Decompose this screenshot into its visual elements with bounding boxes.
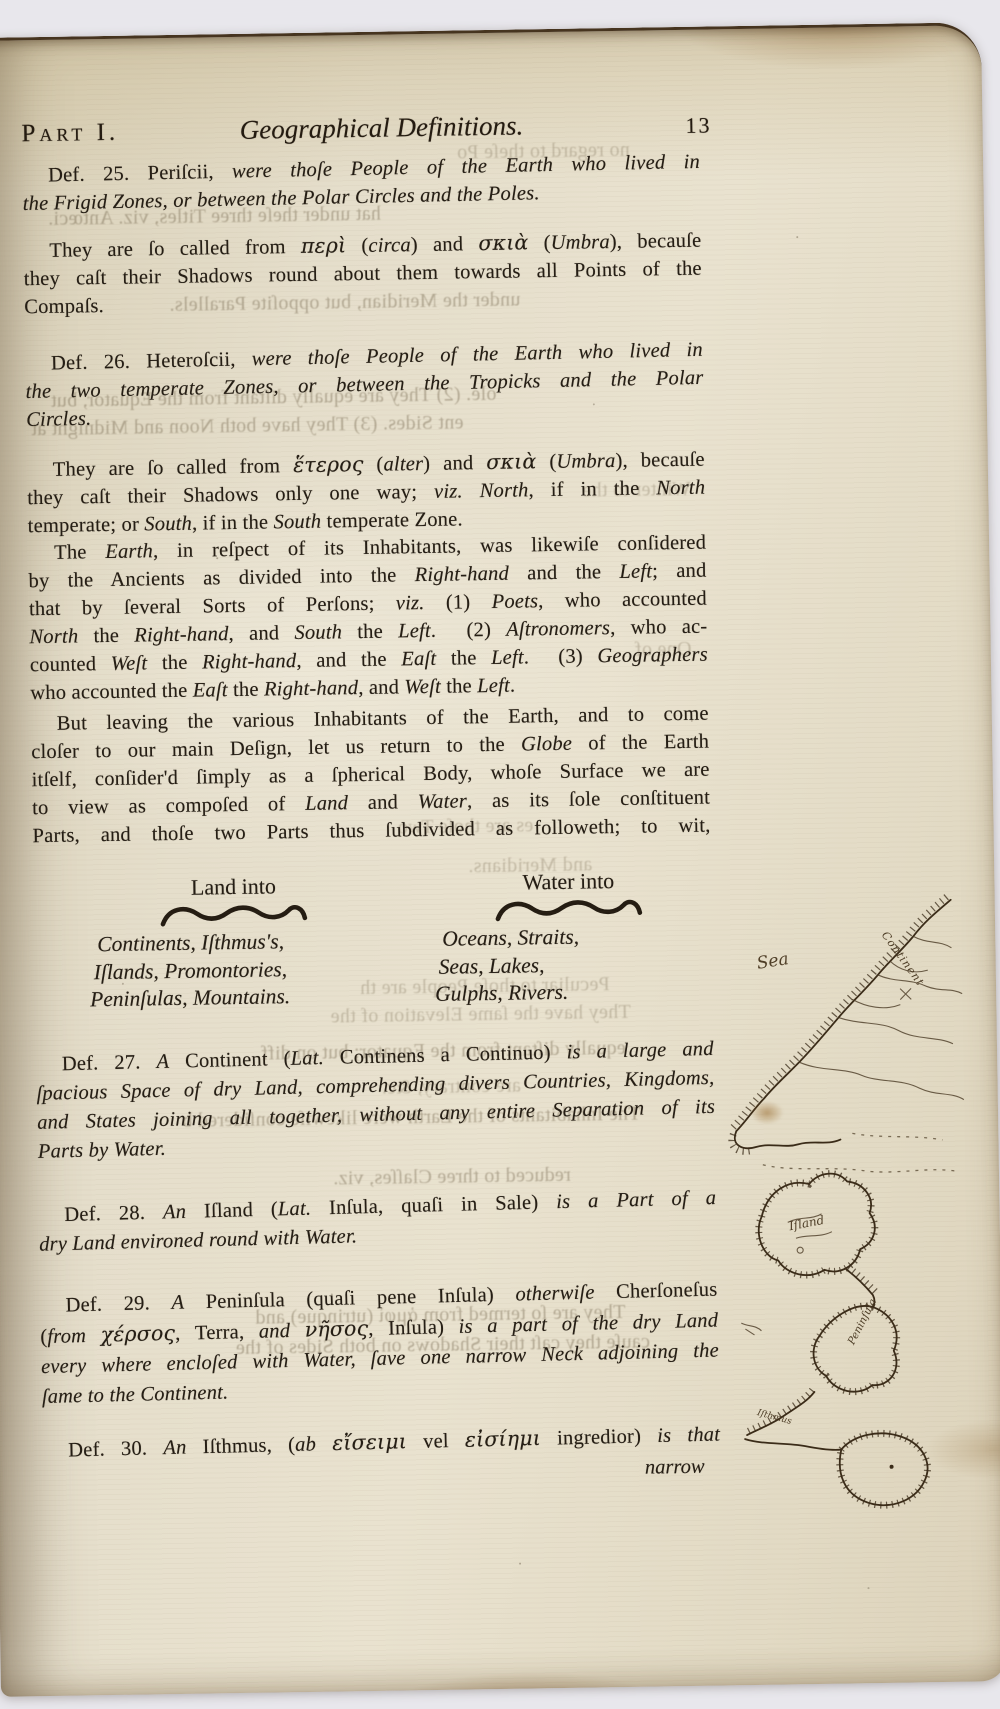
periscii-paragraph: They are ſo called from περὶ (circa) and…	[23, 226, 702, 322]
brace-squiggle-icon	[159, 902, 309, 928]
land-item: Peninſulas, Mountains.	[90, 982, 380, 1014]
definition-29: Def. 29. A Peninſula (quaſi pene Inſula)…	[39, 1275, 720, 1413]
isthmus-strip-hatching	[744, 1390, 813, 1433]
ghost-text: reduced to three Claſſes, viz.	[333, 1162, 571, 1192]
left-hook-mark	[741, 1323, 761, 1335]
heteroscii-paragraph: They are ſo called from ἕτερος (alter) a…	[27, 445, 706, 541]
book-page: no regard to theſe Po hat under theſe th…	[0, 22, 1000, 1697]
definition-25: Def. 25. Periſcii, were thoſe People of …	[22, 148, 701, 218]
cross-mark	[900, 988, 911, 999]
isthmus-dot	[890, 1465, 894, 1469]
sea-label: Sea	[755, 949, 790, 974]
water-column: Water into Oceans, Straits, Seas, Lakes,…	[423, 866, 715, 1009]
inland-lines	[797, 936, 964, 1103]
isthmus-strip	[744, 1392, 841, 1452]
definition-26: Def. 26. Heteroſcii, were thoſe People o…	[25, 336, 705, 434]
book-photo: no regard to theſe Po hat under theſe th…	[0, 0, 1000, 1709]
definition-28: Def. 28. An Iſland (Lat. Inſula, quaſi i…	[38, 1184, 717, 1260]
continent-sketch: Sea Continent	[728, 897, 965, 1176]
lower-coastline	[735, 1130, 841, 1149]
running-title: Geographical Definitions.	[181, 109, 581, 146]
land-header: Land into	[88, 871, 378, 904]
peninsula-coastline	[813, 1306, 898, 1393]
part-label: Part I.	[21, 119, 119, 149]
brace-squiggle-icon	[494, 897, 644, 923]
island-sketch: Iſland	[758, 1173, 876, 1276]
continent-coastline	[733, 900, 955, 1131]
peninsula-hatching	[813, 1306, 898, 1393]
isthmus-label: Iſthmus	[755, 1408, 793, 1427]
definition-27: Def. 27. A Continent (Lat. Continens a C…	[36, 1035, 717, 1167]
isthmus-blob-coastline	[839, 1433, 928, 1506]
island-dot	[797, 1247, 803, 1253]
page-number: 13	[685, 112, 711, 138]
continent-label: Continent	[879, 929, 927, 989]
earth-inhabitants-paragraph: The Earth, in reſpect of its Inhabitants…	[28, 529, 709, 708]
land-column: Land into Continents, Iſthmus's, Iſlands…	[88, 871, 380, 1014]
margin-sketches: Sea Continent Iſland Peninſula	[698, 873, 989, 1567]
neck-hatching	[848, 1267, 876, 1293]
peninsula-sketch: Peninſula	[740, 1267, 897, 1394]
isthmus-sketch: Iſthmus	[744, 1388, 928, 1507]
water-item: Gulphs, Rivers.	[425, 976, 715, 1008]
water-header: Water into	[423, 866, 713, 899]
peninsula-label: Peninſula	[845, 1297, 879, 1348]
bleedthrough-layer: no regard to theſe Po hat under theſe th…	[0, 25, 981, 41]
globe-paragraph: But leaving the various Inhabitants of t…	[31, 700, 711, 851]
dotted-route	[762, 1132, 959, 1175]
island-label: Iſland	[787, 1213, 826, 1234]
